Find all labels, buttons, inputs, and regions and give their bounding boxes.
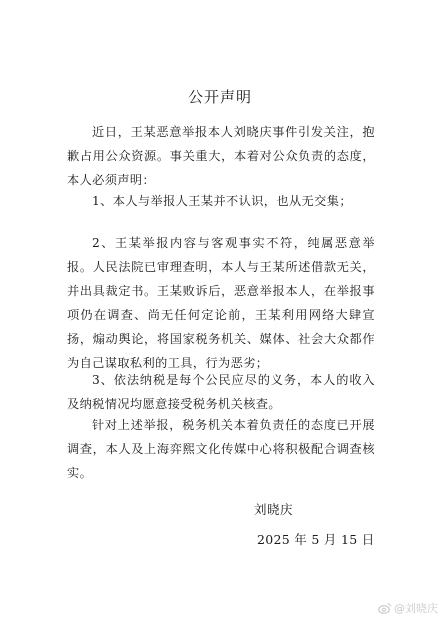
paragraph-intro: 近日，王某恶意举报本人刘晓庆事件引发关注，抱歉占用公众资源。事关重大，本着对公众… bbox=[67, 120, 375, 192]
paragraph-point-2: 2、王某举报内容与客观事实不符，纯属恶意举报。人民法院已审理查明，本人与王某所述… bbox=[67, 231, 375, 375]
paragraph-closing: 针对上述举报，税务机关本着负责任的态度已开展调查，本人及上海弈熙文化传媒中心将积… bbox=[67, 413, 375, 485]
watermark: @刘晓庆 bbox=[378, 600, 438, 616]
paragraph-point-3: 3、依法纳税是每个公民应尽的义务，本人的收入及纳税情况均愿意接受税务机关核查。 bbox=[67, 368, 375, 416]
date: 2025 年 5 月 15 日 bbox=[257, 530, 375, 548]
watermark-text: @刘晓庆 bbox=[394, 600, 438, 616]
signature: 刘晓庆 bbox=[254, 500, 293, 518]
weibo-icon bbox=[378, 602, 392, 614]
statement-page: 公开声明 近日，王某恶意举报本人刘晓庆事件引发关注，抱歉占用公众资源。事关重大，… bbox=[0, 0, 440, 622]
paragraph-point-1: 1、本人与举报人王某并不认识，也从无交集； bbox=[67, 189, 375, 213]
document-title: 公开声明 bbox=[0, 86, 440, 107]
